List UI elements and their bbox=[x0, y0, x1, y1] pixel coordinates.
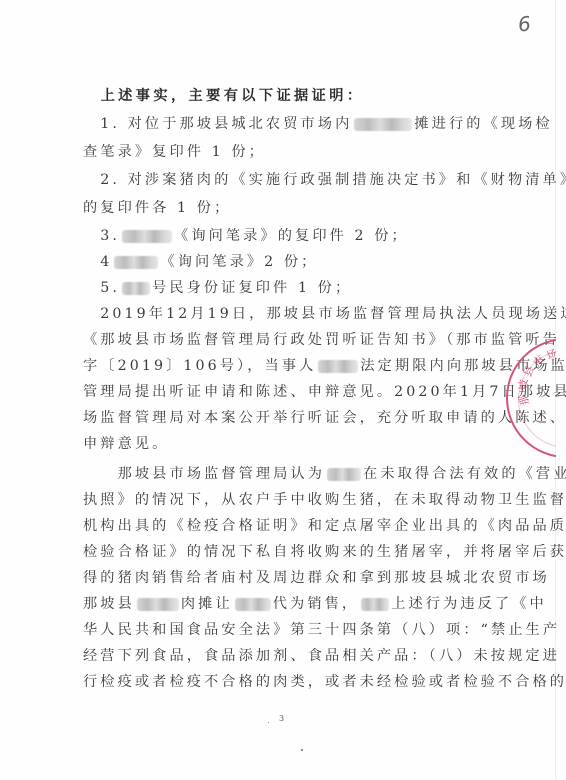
scan-speck bbox=[268, 722, 269, 723]
document-page: 6 上述事实，主要有以下证据证明： 1. 对位于那坡县城北农贸市场内摊进行的《现… bbox=[0, 0, 566, 780]
page-number: 3 bbox=[279, 714, 284, 723]
scan-speck bbox=[301, 749, 303, 751]
seal-character: 坡 bbox=[515, 379, 531, 391]
official-red-seal: ★ 那坡县市场监督管理局 bbox=[506, 338, 556, 458]
seal-clip: ★ 那坡县市场监督管理局 bbox=[0, 0, 556, 780]
